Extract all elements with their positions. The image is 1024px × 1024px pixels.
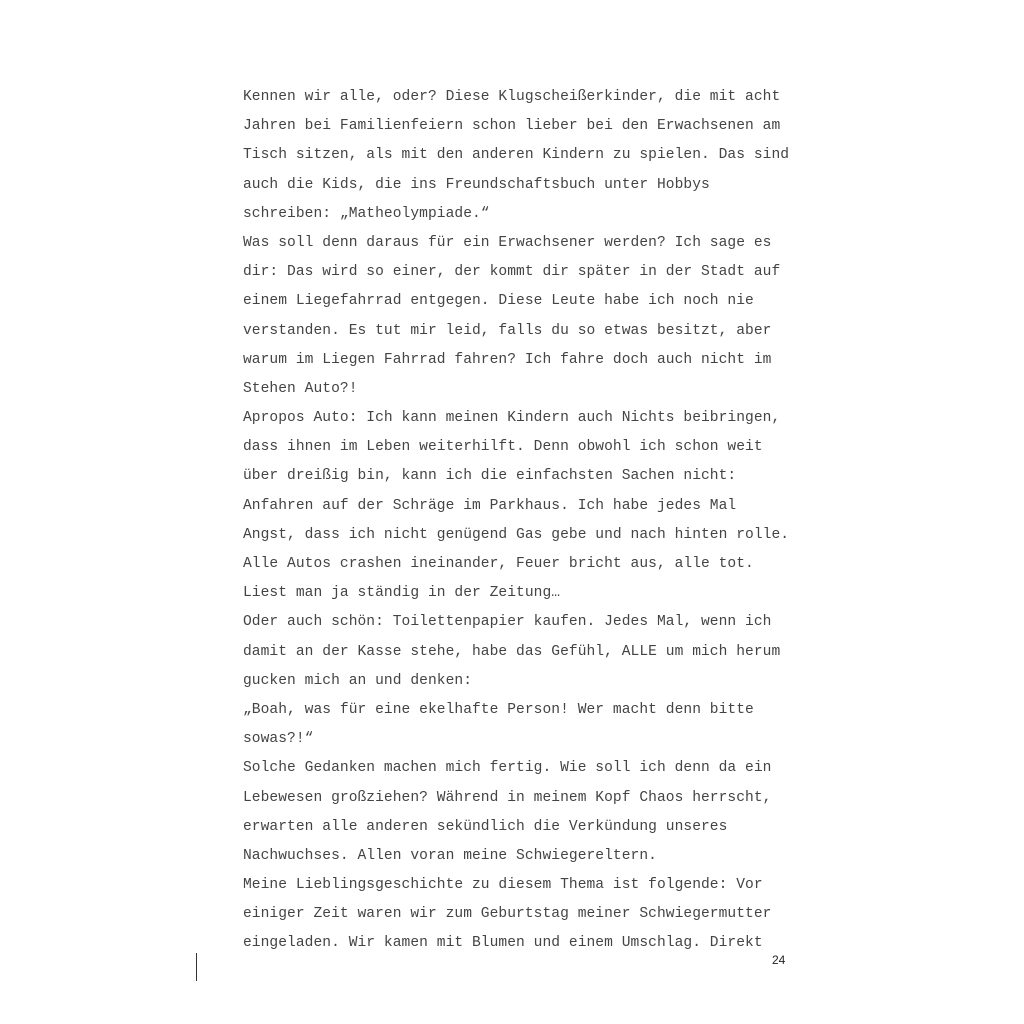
text-line: Solche Gedanken machen mich fertig. Wie … — [243, 754, 803, 783]
page-number: 24 — [772, 953, 785, 967]
text-line: Tisch sitzen, als mit den anderen Kinder… — [243, 141, 803, 170]
text-line: Meine Lieblingsgeschichte zu diesem Them… — [243, 871, 803, 900]
text-line: damit an der Kasse stehe, habe das Gefüh… — [243, 638, 803, 667]
text-line: Kennen wir alle, oder? Diese Klugscheiße… — [243, 83, 803, 112]
text-line: auch die Kids, die ins Freundschaftsbuch… — [243, 171, 803, 200]
body-text: Kennen wir alle, oder? Diese Klugscheiße… — [243, 83, 803, 959]
text-line: Alle Autos crashen ineinander, Feuer bri… — [243, 550, 803, 579]
text-line: erwarten alle anderen sekündlich die Ver… — [243, 813, 803, 842]
text-line: Nachwuchses. Allen voran meine Schwieger… — [243, 842, 803, 871]
text-line: dir: Das wird so einer, der kommt dir sp… — [243, 258, 803, 287]
margin-bar — [196, 953, 197, 981]
text-line: Jahren bei Familienfeiern schon lieber b… — [243, 112, 803, 141]
text-line: über dreißig bin, kann ich die einfachst… — [243, 462, 803, 491]
text-line: eingeladen. Wir kamen mit Blumen und ein… — [243, 929, 803, 958]
text-line: Was soll denn daraus für ein Erwachsener… — [243, 229, 803, 258]
text-line: einiger Zeit waren wir zum Geburtstag me… — [243, 900, 803, 929]
text-line: verstanden. Es tut mir leid, falls du so… — [243, 317, 803, 346]
text-line: Oder auch schön: Toilettenpapier kaufen.… — [243, 608, 803, 637]
text-line: Stehen Auto?! — [243, 375, 803, 404]
text-line: Lebewesen großziehen? Während in meinem … — [243, 784, 803, 813]
text-line: schreiben: „Matheolympiade.“ — [243, 200, 803, 229]
text-line: sowas?!“ — [243, 725, 803, 754]
text-line: Apropos Auto: Ich kann meinen Kindern au… — [243, 404, 803, 433]
text-line: dass ihnen im Leben weiterhilft. Denn ob… — [243, 433, 803, 462]
text-line: gucken mich an und denken: — [243, 667, 803, 696]
text-line: warum im Liegen Fahrrad fahren? Ich fahr… — [243, 346, 803, 375]
text-line: Liest man ja ständig in der Zeitung… — [243, 579, 803, 608]
text-line: Anfahren auf der Schräge im Parkhaus. Ic… — [243, 492, 803, 521]
document-page: Kennen wir alle, oder? Diese Klugscheiße… — [0, 0, 1024, 1024]
text-line: „Boah, was für eine ekelhafte Person! We… — [243, 696, 803, 725]
text-line: einem Liegefahrrad entgegen. Diese Leute… — [243, 287, 803, 316]
text-line: Angst, dass ich nicht genügend Gas gebe … — [243, 521, 803, 550]
